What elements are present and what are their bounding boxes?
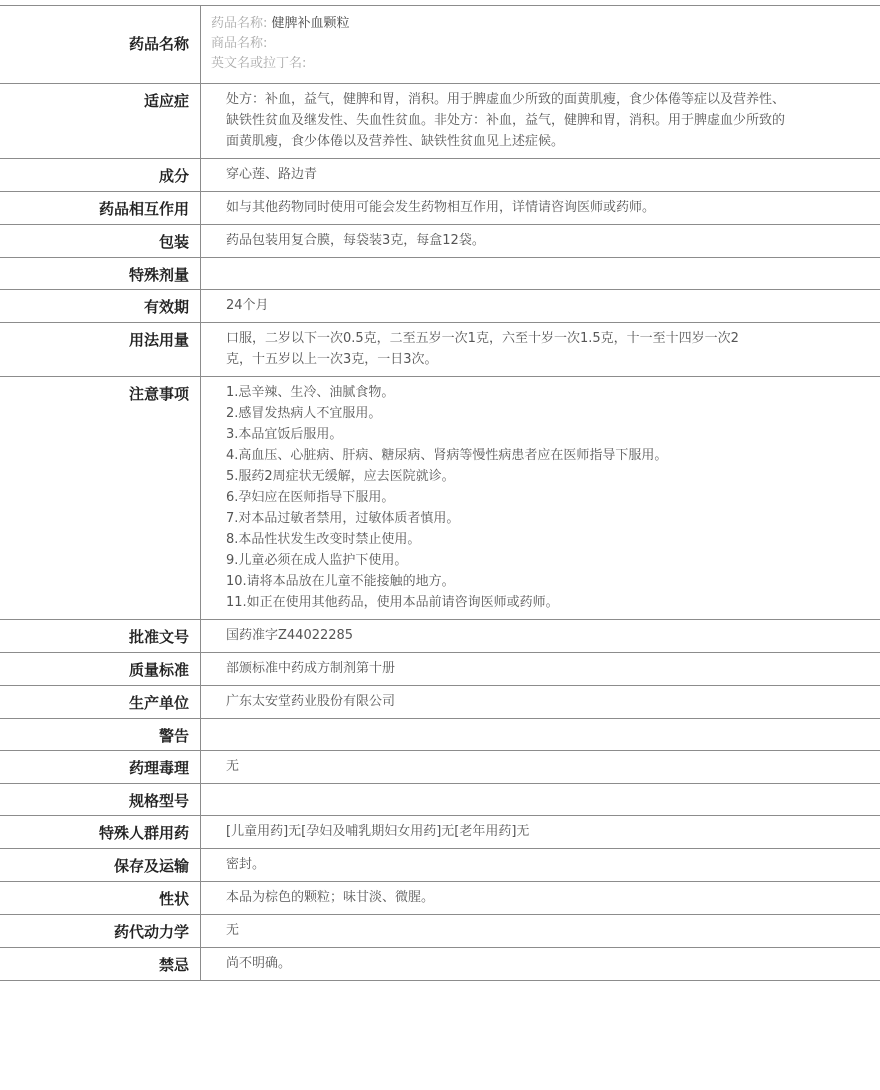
- list-item: 5.服药2周症状无缓解，应去医院就诊。: [226, 466, 860, 487]
- generic-name-line: 药品名称: 健脾补血颗粒: [211, 14, 860, 34]
- row-label: 药理毒理: [0, 751, 201, 784]
- row-label: 禁忌: [0, 948, 201, 981]
- row-value: 广东太安堂药业股份有限公司: [201, 686, 880, 719]
- row-quality-standard: 质量标准 部颁标准中药成方制剂第十册: [0, 653, 880, 686]
- row-value: 1.忌辛辣、生冷、油腻食物。 2.感冒发热病人不宜服用。 3.本品宜饭后服用。 …: [201, 377, 880, 620]
- list-item: 10.请将本品放在儿童不能接触的地方。: [226, 571, 860, 592]
- row-label: 质量标准: [0, 653, 201, 686]
- row-usage-dosage: 用法用量 口服，二岁以下一次0.5克，二至五岁一次1克，六至十岁一次1.5克，十…: [0, 323, 880, 377]
- row-value: 处方：补血，益气，健脾和胃，消积。用于脾虚血少所致的面黄肌瘦，食少体倦等症以及营…: [201, 84, 880, 159]
- row-pharmacokinetics: 药代动力学 无: [0, 915, 880, 948]
- row-special-populations: 特殊人群用药 [儿童用药]无[孕妇及哺乳期妇女用药]无[老年用药]无: [0, 816, 880, 849]
- row-label: 生产单位: [0, 686, 201, 719]
- english-name-line: 英文名或拉丁名:: [211, 54, 860, 74]
- list-item: 4.高血压、心脏病、肝病、糖尿病、肾病等慢性病患者应在医师指导下服用。: [226, 445, 860, 466]
- row-value: 部颁标准中药成方制剂第十册: [201, 653, 880, 686]
- row-value: [儿童用药]无[孕妇及哺乳期妇女用药]无[老年用药]无: [201, 816, 880, 849]
- row-label: 特殊人群用药: [0, 816, 201, 849]
- precautions-list: 1.忌辛辣、生冷、油腻食物。 2.感冒发热病人不宜服用。 3.本品宜饭后服用。 …: [226, 382, 860, 613]
- row-label: 有效期: [0, 290, 201, 323]
- drug-name-values: 药品名称: 健脾补血颗粒 商品名称: 英文名或拉丁名:: [201, 6, 880, 84]
- generic-name-key: 药品名称:: [211, 16, 267, 31]
- row-value: 无: [201, 915, 880, 948]
- row-label: 保存及运输: [0, 849, 201, 882]
- list-item: 11.如正在使用其他药品，使用本品前请咨询医师或药师。: [226, 592, 860, 613]
- row-value: 本品为棕色的颗粒；味甘淡、微腥。: [201, 882, 880, 915]
- row-specification: 规格型号: [0, 784, 880, 816]
- row-label: 性状: [0, 882, 201, 915]
- row-value: 24个月: [201, 290, 880, 323]
- drug-spec-table: 药品名称 药品名称: 健脾补血颗粒 商品名称: 英文名或拉丁名: 适应症 处方：…: [0, 5, 880, 981]
- row-label: 药代动力学: [0, 915, 201, 948]
- row-label: 适应症: [0, 84, 201, 159]
- row-shelf-life: 有效期 24个月: [0, 290, 880, 323]
- row-value: 国药准字Z44022285: [201, 620, 880, 653]
- row-value: 口服，二岁以下一次0.5克，二至五岁一次1克，六至十岁一次1.5克，十一至十四岁…: [201, 323, 880, 377]
- list-item: 9.儿童必须在成人监护下使用。: [226, 550, 860, 571]
- row-approval-number: 批准文号 国药准字Z44022285: [0, 620, 880, 653]
- trade-name-key: 商品名称:: [211, 36, 267, 51]
- list-item: 2.感冒发热病人不宜服用。: [226, 403, 860, 424]
- row-label: 成分: [0, 159, 201, 192]
- row-value: [201, 258, 880, 290]
- row-value: 无: [201, 751, 880, 784]
- row-storage-transport: 保存及运输 密封。: [0, 849, 880, 882]
- list-item: 8.本品性状发生改变时禁止使用。: [226, 529, 860, 550]
- list-item: 6.孕妇应在医师指导下服用。: [226, 487, 860, 508]
- row-indications: 适应症 处方：补血，益气，健脾和胃，消积。用于脾虚血少所致的面黄肌瘦，食少体倦等…: [0, 84, 880, 159]
- row-interactions: 药品相互作用 如与其他药物同时使用可能会发生药物相互作用，详情请咨询医师或药师。: [0, 192, 880, 225]
- row-label: 药品相互作用: [0, 192, 201, 225]
- row-description: 性状 本品为棕色的颗粒；味甘淡、微腥。: [0, 882, 880, 915]
- row-drug-name: 药品名称 药品名称: 健脾补血颗粒 商品名称: 英文名或拉丁名:: [0, 6, 880, 84]
- row-label: 包装: [0, 225, 201, 258]
- row-label: 批准文号: [0, 620, 201, 653]
- row-ingredients: 成分 穿心莲、路边青: [0, 159, 880, 192]
- row-value: 如与其他药物同时使用可能会发生药物相互作用，详情请咨询医师或药师。: [201, 192, 880, 225]
- row-value: 尚不明确。: [201, 948, 880, 981]
- row-value: [201, 784, 880, 816]
- row-precautions: 注意事项 1.忌辛辣、生冷、油腻食物。 2.感冒发热病人不宜服用。 3.本品宜饭…: [0, 377, 880, 620]
- row-label: 警告: [0, 719, 201, 751]
- generic-name-value: 健脾补血颗粒: [272, 16, 350, 31]
- row-packaging: 包装 药品包装用复合膜，每袋装3克，每盒12袋。: [0, 225, 880, 258]
- row-label: 注意事项: [0, 377, 201, 620]
- row-value: 穿心莲、路边青: [201, 159, 880, 192]
- row-label: 规格型号: [0, 784, 201, 816]
- row-special-dosage: 特殊剂量: [0, 258, 880, 290]
- list-item: 1.忌辛辣、生冷、油腻食物。: [226, 382, 860, 403]
- row-label: 药品名称: [0, 6, 201, 84]
- row-label: 特殊剂量: [0, 258, 201, 290]
- row-value: 密封。: [201, 849, 880, 882]
- trade-name-line: 商品名称:: [211, 34, 860, 54]
- english-name-key: 英文名或拉丁名:: [211, 56, 306, 71]
- row-value: 药品包装用复合膜，每袋装3克，每盒12袋。: [201, 225, 880, 258]
- list-item: 3.本品宜饭后服用。: [226, 424, 860, 445]
- row-pharmacology-toxicology: 药理毒理 无: [0, 751, 880, 784]
- row-warning: 警告: [0, 719, 880, 751]
- row-value: [201, 719, 880, 751]
- row-contraindications: 禁忌 尚不明确。: [0, 948, 880, 981]
- list-item: 7.对本品过敏者禁用，过敏体质者慎用。: [226, 508, 860, 529]
- row-label: 用法用量: [0, 323, 201, 377]
- row-manufacturer: 生产单位 广东太安堂药业股份有限公司: [0, 686, 880, 719]
